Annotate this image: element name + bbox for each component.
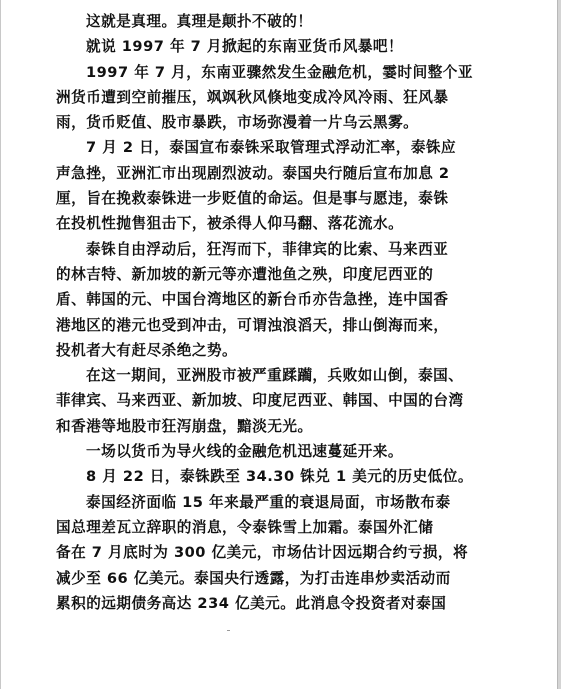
paragraph-thai-recession: 泰国经济面临 15 年来最严重的衰退局面，市场散布泰 国总理差瓦立辞职的消息，令…: [56, 490, 444, 616]
paragraph-july-2-float: 7 月 2 日，泰国宣布泰铢采取管理式浮动汇率，泰铢应 声急挫，亚洲汇市出现剧烈…: [56, 135, 444, 236]
text-line: 声急挫，亚洲汇市出现剧烈波动。泰国央行随后宣布加息 2: [56, 161, 444, 186]
text-line: 和香港等地股市狂泻崩盘，黯淡无光。: [56, 414, 444, 439]
text-line: 7 月 2 日，泰国宣布泰铢采取管理式浮动汇率，泰铢应: [56, 135, 444, 160]
text-line: 厘，旨在挽救泰铢进一步贬值的命运。但是事与愿违，泰铢: [56, 186, 444, 211]
text-line: 一场以货币为导火线的金融危机迅速蔓延开来。: [56, 439, 444, 464]
text-line: 雨，货币贬值、股市暴跌，市场弥漫着一片乌云黑雾。: [56, 110, 444, 135]
paragraph-intro-1997: 就说 1997 年 7 月掀起的东南亚货币风暴吧！: [56, 34, 444, 59]
text-line: 盾、韩国的元、中国台湾地区的新台币亦告急挫，连中国香: [56, 287, 444, 312]
text-line: 菲律宾、马来西亚、新加坡、印度尼西亚、韩国、中国的台湾: [56, 388, 444, 413]
paragraph-stock-markets: 在这一期间，亚洲股市被严重蹂躏，兵败如山倒，泰国、 菲律宾、马来西亚、新加坡、印…: [56, 363, 444, 439]
text-line: 泰铢自由浮动后，狂泻而下，菲律宾的比索、马来西亚: [56, 237, 444, 262]
page-right-edge: [557, 0, 561, 689]
text-line: 在投机性抛售狙击下，被杀得人仰马翻、落花流水。: [56, 211, 444, 236]
text-line: 国总理差瓦立辞职的消息，令泰铢雪上加霜。泰国外汇储: [56, 515, 444, 540]
text-line: 累积的远期债务高达 234 亿美元。此消息令投资者对泰国: [56, 591, 444, 616]
paragraph-july-1997-crisis: 1997 年 7 月，东南亚骤然发生金融危机，霎时间整个亚 洲货币遭到空前摧压，…: [56, 60, 444, 136]
text-line: 备在 7 月底时为 300 亿美元，市场估计因远期合约亏损，将: [56, 540, 444, 565]
page-left-edge: [0, 0, 1, 689]
document-page: 这就是真理。真理是颠扑不破的！ 就说 1997 年 7 月掀起的东南亚货币风暴吧…: [56, 9, 444, 616]
text-line: 投机者大有赶尽杀绝之势。: [56, 338, 444, 363]
text-line: 在这一期间，亚洲股市被严重蹂躏，兵败如山倒，泰国、: [56, 363, 444, 388]
text-line: 8 月 22 日，泰铢跌至 34.30 铢兑 1 美元的历史低位。: [56, 464, 444, 489]
paragraph-crisis-spread: 一场以货币为导火线的金融危机迅速蔓延开来。: [56, 439, 444, 464]
text-line: 泰国经济面临 15 年来最严重的衰退局面，市场散布泰: [56, 490, 444, 515]
text-line: 1997 年 7 月，东南亚骤然发生金融危机，霎时间整个亚: [56, 60, 444, 85]
text-line: 就说 1997 年 7 月掀起的东南亚货币风暴吧！: [56, 34, 444, 59]
paragraph-truth: 这就是真理。真理是颠扑不破的！: [56, 9, 444, 34]
paragraph-currency-contagion: 泰铢自由浮动后，狂泻而下，菲律宾的比索、马来西亚 的林吉特、新加坡的新元等亦遭池…: [56, 237, 444, 363]
paragraph-aug-22-low: 8 月 22 日，泰铢跌至 34.30 铢兑 1 美元的历史低位。: [56, 464, 444, 489]
page-speck: [227, 630, 230, 631]
text-line: 港地区的港元也受到冲击，可谓浊浪滔天，排山倒海而来，: [56, 313, 444, 338]
text-line: 的林吉特、新加坡的新元等亦遭池鱼之殃，印度尼西亚的: [56, 262, 444, 287]
text-line: 减少至 66 亿美元。泰国央行透露，为打击连串炒卖活动而: [56, 566, 444, 591]
text-line: 洲货币遭到空前摧压，飒飒秋风倏地变成冷风冷雨、狂风暴: [56, 85, 444, 110]
text-line: 这就是真理。真理是颠扑不破的！: [56, 9, 444, 34]
